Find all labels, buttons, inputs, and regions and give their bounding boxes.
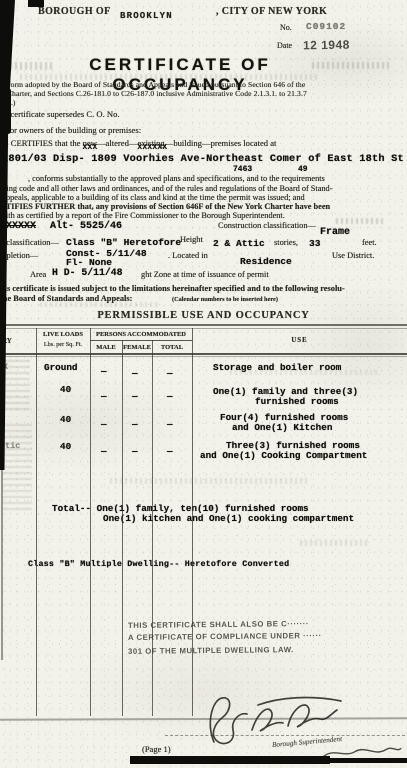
- block-number: 7463: [233, 165, 252, 174]
- certificate-of-occupancy-page: BOROUGH OF BROOKLYN , CITY OF NEW YORK N…: [0, 0, 407, 768]
- table-row-live-load: 40: [60, 414, 71, 425]
- supersedes-line: s certificate supersedes C. O. No.: [5, 109, 120, 119]
- table-rule: [0, 324, 407, 326]
- area-label: Area: [30, 270, 46, 279]
- scan-bottom-bar: [130, 756, 330, 764]
- column-header-live-loads-sub: Lbs. per Sq. Ft.: [37, 341, 89, 348]
- scan-smudge: [20, 74, 320, 80]
- certifies-suffix: —building—premises located at: [165, 138, 277, 148]
- table-row-total: —: [167, 391, 173, 402]
- stories-label: stories,: [274, 238, 298, 247]
- table-row-total: —: [167, 419, 173, 430]
- table-column-rule: [192, 328, 193, 716]
- column-header-total: TOTAL: [152, 344, 192, 351]
- height-value: 2 & Attic: [213, 238, 265, 249]
- word-existing: existingXXXXXX: [138, 138, 165, 148]
- table-rule: [0, 328, 407, 329]
- table-row-live-load: Ground: [44, 362, 77, 373]
- certificate-number-value: C09102: [306, 21, 346, 32]
- table-row-total: —: [167, 446, 173, 457]
- class-b-dwelling-line: Class "B" Multiple Dwelling-- Heretofore…: [28, 559, 289, 569]
- date-label: Date: [277, 41, 292, 50]
- area-zone-value: H D- 5/11/48: [52, 267, 123, 278]
- column-header-use: USE: [192, 337, 407, 344]
- owners-line: er or owners of the building or premises…: [1, 125, 141, 135]
- occupancy-classification-value: Class "B" Heretofore: [66, 237, 181, 248]
- scan-bottom-bar: [326, 758, 407, 763]
- typed-strikeout: XXXXXX: [138, 144, 168, 152]
- table-row-male: —: [101, 419, 107, 430]
- table-row-use-line2: furnished rooms: [255, 396, 339, 407]
- occupancy-classification-label: y classification—: [0, 238, 59, 247]
- compliance-stamp-line2: A CERTIFICATE OF COMPLIANCE UNDER ······: [128, 631, 322, 642]
- date-stamp: 12 1948: [303, 38, 350, 53]
- scan-edge-artifact: [28, 0, 44, 7]
- compliance-stamp-line1: THIS CERTIFICATE SHALL ALSO BE C·······: [128, 619, 309, 630]
- table-row-female: —: [132, 368, 138, 379]
- conforms-line3: Appeals, applicable to a building of its…: [0, 193, 305, 202]
- form-note-line2: k Charter, and Sections C.26-181.0 to C2…: [1, 89, 307, 98]
- certifies-line: IS CERTIFIES that the newXXX—altered—exi…: [1, 138, 276, 148]
- table-row-male: —: [101, 446, 107, 457]
- form-note-line1: form adopted by the Board of Standards a…: [8, 80, 305, 89]
- table-row-use-line2: and One(1) Kitchen: [232, 422, 332, 433]
- table-row-female: —: [132, 391, 138, 402]
- limitations-line1: his certificate is issued subject to the…: [0, 284, 345, 293]
- conforms-line2: lding code and all other laws and ordina…: [0, 184, 332, 193]
- nb-strikeout: XXXXX: [6, 221, 36, 232]
- table-column-rule: [122, 340, 123, 716]
- lot-number: 49: [298, 165, 308, 174]
- address-line: 1801/03 Disp- 1809 Voorhies Ave-Northeas…: [2, 153, 404, 165]
- scan-smudge: [40, 302, 160, 307]
- scan-edge-artifact: [0, 88, 11, 134]
- height-label: Height: [180, 235, 203, 244]
- table-row-female: —: [132, 419, 138, 430]
- borough-value: BROOKLYN: [120, 11, 173, 21]
- table-rule: [0, 353, 407, 355]
- scan-smudge: [230, 370, 380, 375]
- scan-smudge: [4, 360, 30, 410]
- feet-label: feet.: [362, 238, 377, 247]
- table-section-title: PERMISSIBLE USE AND OCCUPANCY: [0, 310, 407, 321]
- table-column-rule: [90, 328, 91, 716]
- calendar-note: (Calendar numbers to be inserted here): [172, 296, 278, 303]
- scan-smudge: [2, 420, 32, 510]
- construction-classification-value: Frame: [320, 227, 350, 238]
- construction-classification-label: Construction classification—: [218, 221, 316, 230]
- scan-smudge: [312, 62, 392, 69]
- conforms-line4: RTIFIES FURTHER that, any provisions of …: [0, 202, 330, 211]
- page-number: (Page 1): [142, 744, 171, 754]
- table-row-female: —: [132, 446, 138, 457]
- certifies-prefix: IS CERTIFIES that the: [1, 138, 83, 148]
- alt-number: Alt- 5525/46: [50, 221, 122, 232]
- certificate-number-label: No.: [280, 23, 292, 32]
- column-header-live-loads: LIVE LOADS: [38, 331, 88, 338]
- table-column-rule: [152, 340, 153, 716]
- typed-strikeout: XXX: [83, 144, 98, 152]
- scan-smudge: [336, 218, 384, 224]
- table-row-total: —: [167, 368, 173, 379]
- column-header-persons: PERSONS ACCOMMODATED: [90, 331, 192, 338]
- word-new: newXXX: [83, 138, 97, 148]
- conforms-line1: , conforms substantially to the approved…: [28, 174, 325, 183]
- table-rule: [90, 340, 192, 341]
- located-value: Residence: [240, 256, 292, 267]
- column-header-male: MALE: [90, 344, 122, 351]
- column-header-female: FEMALE: [122, 344, 152, 351]
- height-feet-value: 33: [309, 238, 321, 249]
- table-row-live-load: 40: [60, 384, 71, 395]
- conforms-line5: with as certified by a report of the Fir…: [0, 211, 285, 220]
- total-line2: One(1) kitchen and One(1) cooking compar…: [103, 513, 354, 524]
- borough-label: BOROUGH OF: [38, 6, 111, 17]
- table-row-male: —: [101, 391, 107, 402]
- scan-smudge: [110, 478, 310, 484]
- table-rule: [0, 356, 407, 357]
- table-row-live-load: 40: [60, 441, 71, 452]
- use-district-label: Use District.: [332, 251, 374, 260]
- table-column-rule: [36, 328, 37, 716]
- height-zone-label: ght Zone at time of issuance of permit: [141, 270, 269, 279]
- scan-smudge: [300, 540, 370, 546]
- table-row-use-line2: and One(1) Cooking Compartment: [200, 450, 367, 461]
- city-label: , CITY OF NEW YORK: [216, 6, 327, 17]
- certifies-dash: —altered—: [97, 138, 138, 148]
- located-label: . Located in: [168, 251, 208, 260]
- table-row-male: —: [101, 366, 107, 377]
